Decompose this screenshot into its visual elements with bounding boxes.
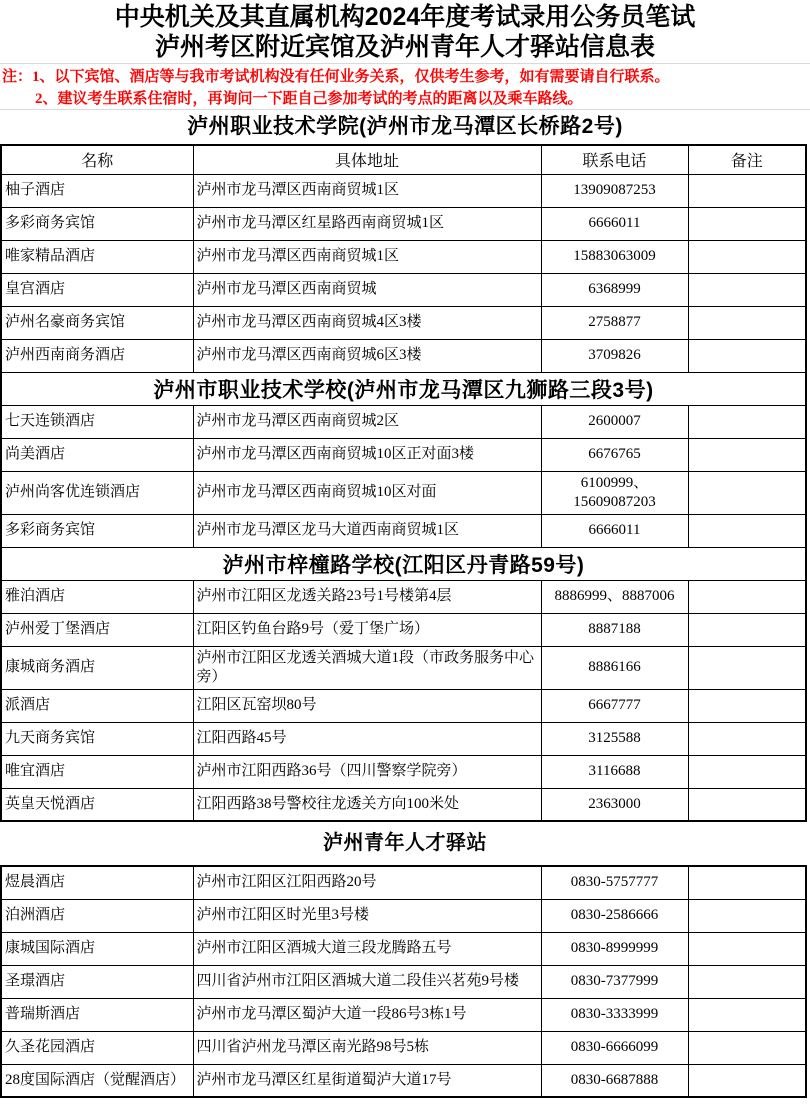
table-row: 七天连锁酒店泸州市龙马潭区西南商贸城2区2600007 [1, 405, 806, 438]
hotel-phone-cell: 13909087253 [541, 174, 688, 207]
section-heading-exam-site-2: 泸州市职业技术学校(泸州市龙马潭区九狮路三段3号) [1, 372, 806, 405]
hotel-note-cell [688, 722, 806, 755]
hotel-phone-cell: 0830-2586666 [541, 899, 688, 932]
hotel-address-cell: 泸州市龙马潭区西南商贸城 [193, 273, 541, 306]
hotel-phone-cell: 6676765 [541, 438, 688, 471]
section-heading-row: 泸州市梓橦路学校(江阳区丹青路59号) [1, 547, 806, 580]
col-header-phone: 联系电话 [541, 145, 688, 174]
section-heading-row: 泸州市职业技术学校(泸州市龙马潭区九狮路三段3号) [1, 372, 806, 405]
hotel-address-cell: 泸州市龙马潭区西南商贸城4区3楼 [193, 306, 541, 339]
hotel-address-cell: 泸州市龙马潭区西南商贸城1区 [193, 240, 541, 273]
hotel-phone-cell: 6100999、15609087203 [541, 471, 688, 514]
hotel-info-table-youth-station: 煜晨酒店泸州市江阳区江阳西路20号0830-5757777泊洲酒店泸州市江阳区时… [0, 865, 807, 1098]
hotel-name-cell: 多彩商务宾馆 [1, 514, 193, 547]
hotel-note-cell [688, 788, 806, 821]
page-title-line1: 中央机关及其直属机构2024年度考试录用公务员笔试 [0, 2, 810, 32]
note-line-2: 2、建议考生联系住宿时，再询问一下距自己参加考试的考点的距离以及乘车路线。 [2, 88, 810, 110]
hotel-address-cell: 四川省泸州市江阳区酒城大道二段佳兴茗苑9号楼 [193, 965, 541, 998]
hotel-address-cell: 泸州市江阳区酒城大道三段龙腾路五号 [193, 932, 541, 965]
hotel-phone-cell: 6667777 [541, 689, 688, 722]
hotel-note-cell [688, 240, 806, 273]
hotel-name-cell: 派酒店 [1, 689, 193, 722]
hotel-address-cell: 泸州市龙马潭区西南商贸城10区正对面3楼 [193, 438, 541, 471]
hotel-address-cell: 江阳区瓦窑坝80号 [193, 689, 541, 722]
notes-block: 注：1、以下宾馆、酒店等与我市考试机构没有任何业务关系，仅供考生参考，如有需要请… [0, 64, 810, 110]
hotel-name-cell: 九天商务宾馆 [1, 722, 193, 755]
table-row: 多彩商务宾馆泸州市龙马潭区红星路西南商贸城1区6666011 [1, 207, 806, 240]
hotel-phone-cell: 8886999、8887006 [541, 580, 688, 613]
hotel-note-cell [688, 174, 806, 207]
hotel-phone-cell: 6368999 [541, 273, 688, 306]
hotel-phone-cell: 2363000 [541, 788, 688, 821]
table-row: 柚子酒店泸州市龙马潭区西南商贸城1区13909087253 [1, 174, 806, 207]
hotel-name-cell: 雅泊酒店 [1, 580, 193, 613]
hotel-name-cell: 多彩商务宾馆 [1, 207, 193, 240]
hotel-phone-cell: 0830-6687888 [541, 1064, 688, 1097]
table-row: 康城国际酒店泸州市江阳区酒城大道三段龙腾路五号0830-8999999 [1, 932, 806, 965]
hotel-note-cell [688, 273, 806, 306]
col-header-note: 备注 [688, 145, 806, 174]
hotel-name-cell: 泸州爱丁堡酒店 [1, 613, 193, 646]
table-row: 皇宫酒店泸州市龙马潭区西南商贸城6368999 [1, 273, 806, 306]
table-row: 尚美酒店泸州市龙马潭区西南商贸城10区正对面3楼6676765 [1, 438, 806, 471]
section-heading-youth-station: 泸州青年人才驿站 [0, 822, 810, 865]
col-header-address: 具体地址 [193, 145, 541, 174]
hotel-note-cell [688, 471, 806, 514]
table-row: 泸州爱丁堡酒店江阳区钓鱼台路9号（爱丁堡广场）8887188 [1, 613, 806, 646]
hotel-address-cell: 泸州市龙马潭区西南商贸城2区 [193, 405, 541, 438]
hotel-phone-cell: 0830-7377999 [541, 965, 688, 998]
hotel-address-cell: 泸州市江阳西路36号（四川警察学院旁） [193, 755, 541, 788]
hotel-phone-cell: 0830-6666099 [541, 1031, 688, 1064]
table-row: 泸州尚客优连锁酒店泸州市龙马潭区西南商贸城10区对面6100999、156090… [1, 471, 806, 514]
hotel-note-cell [688, 514, 806, 547]
hotel-address-cell: 泸州市江阳区江阳西路20号 [193, 866, 541, 899]
hotel-phone-cell: 3709826 [541, 339, 688, 372]
hotel-note-cell [688, 689, 806, 722]
hotel-name-cell: 久圣花园酒店 [1, 1031, 193, 1064]
hotel-address-cell: 泸州市龙马潭区龙马大道西南商贸城1区 [193, 514, 541, 547]
hotel-phone-cell: 15883063009 [541, 240, 688, 273]
table-row: 派酒店江阳区瓦窑坝80号6667777 [1, 689, 806, 722]
hotel-phone-cell: 6666011 [541, 514, 688, 547]
hotel-note-cell [688, 405, 806, 438]
hotel-name-cell: 康城国际酒店 [1, 932, 193, 965]
hotel-note-cell [688, 438, 806, 471]
hotel-name-cell: 唯家精品酒店 [1, 240, 193, 273]
page-title-line2: 泸州考区附近宾馆及泸州青年人才驿站信息表 [0, 32, 810, 62]
hotel-address-cell: 泸州市江阳区龙透关酒城大道1段（市政务服务中心旁） [193, 646, 541, 689]
section-heading-exam-site-1: 泸州职业技术学院(泸州市龙马潭区长桥路2号) [0, 110, 810, 144]
hotel-note-cell [688, 932, 806, 965]
hotel-note-cell [688, 207, 806, 240]
hotel-note-cell [688, 306, 806, 339]
hotel-note-cell [688, 613, 806, 646]
hotel-name-cell: 普瑞斯酒店 [1, 998, 193, 1031]
table-row: 圣璟酒店四川省泸州市江阳区酒城大道二段佳兴茗苑9号楼0830-7377999 [1, 965, 806, 998]
section-heading-exam-site-3: 泸州市梓橦路学校(江阳区丹青路59号) [1, 547, 806, 580]
hotel-note-cell [688, 866, 806, 899]
hotel-note-cell [688, 998, 806, 1031]
table-row: 煜晨酒店泸州市江阳区江阳西路20号0830-5757777 [1, 866, 806, 899]
hotel-address-cell: 泸州市龙马潭区红星路西南商贸城1区 [193, 207, 541, 240]
hotel-phone-cell: 2600007 [541, 405, 688, 438]
hotel-name-cell: 泸州名豪商务宾馆 [1, 306, 193, 339]
hotel-address-cell: 泸州市龙马潭区蜀泸大道一段86号3栋1号 [193, 998, 541, 1031]
hotel-note-cell [688, 755, 806, 788]
hotel-name-cell: 柚子酒店 [1, 174, 193, 207]
hotel-name-cell: 唯宜酒店 [1, 755, 193, 788]
table-row: 唯家精品酒店泸州市龙马潭区西南商贸城1区15883063009 [1, 240, 806, 273]
hotel-note-cell [688, 646, 806, 689]
note-line-1: 注：1、以下宾馆、酒店等与我市考试机构没有任何业务关系，仅供考生参考，如有需要请… [2, 66, 810, 88]
hotel-address-cell: 四川省泸州龙马潭区南光路98号5栋 [193, 1031, 541, 1064]
hotel-address-cell: 泸州市龙马潭区西南商贸城10区对面 [193, 471, 541, 514]
hotel-address-cell: 江阳西路45号 [193, 722, 541, 755]
hotel-name-cell: 泸州西南商务酒店 [1, 339, 193, 372]
column-header-row: 名称 具体地址 联系电话 备注 [1, 145, 806, 174]
hotel-name-cell: 康城商务酒店 [1, 646, 193, 689]
hotel-name-cell: 圣璟酒店 [1, 965, 193, 998]
hotel-phone-cell: 8887188 [541, 613, 688, 646]
hotel-address-cell: 江阳区钓鱼台路9号（爱丁堡广场） [193, 613, 541, 646]
hotel-address-cell: 泸州市江阳区时光里3号楼 [193, 899, 541, 932]
hotel-name-cell: 泊洲酒店 [1, 899, 193, 932]
hotel-note-cell [688, 580, 806, 613]
hotel-phone-cell: 6666011 [541, 207, 688, 240]
hotel-note-cell [688, 1031, 806, 1064]
hotel-info-table-main: 名称 具体地址 联系电话 备注 柚子酒店泸州市龙马潭区西南商贸城1区139090… [0, 144, 807, 822]
table-row: 泸州名豪商务宾馆泸州市龙马潭区西南商贸城4区3楼2758877 [1, 306, 806, 339]
hotel-address-cell: 泸州市龙马潭区西南商贸城1区 [193, 174, 541, 207]
hotel-note-cell [688, 339, 806, 372]
table-row: 泸州西南商务酒店泸州市龙马潭区西南商贸城6区3楼3709826 [1, 339, 806, 372]
hotel-name-cell: 七天连锁酒店 [1, 405, 193, 438]
table-row: 雅泊酒店泸州市江阳区龙透关路23号1号楼第4层8886999、8887006 [1, 580, 806, 613]
hotel-phone-cell: 8886166 [541, 646, 688, 689]
table-row: 多彩商务宾馆泸州市龙马潭区龙马大道西南商贸城1区6666011 [1, 514, 806, 547]
hotel-phone-cell: 3116688 [541, 755, 688, 788]
hotel-phone-cell: 0830-5757777 [541, 866, 688, 899]
table-row: 康城商务酒店泸州市江阳区龙透关酒城大道1段（市政务服务中心旁）8886166 [1, 646, 806, 689]
hotel-phone-cell: 2758877 [541, 306, 688, 339]
hotel-phone-cell: 0830-8999999 [541, 932, 688, 965]
hotel-note-cell [688, 965, 806, 998]
hotel-address-cell: 泸州市龙马潭区红星街道蜀泸大道17号 [193, 1064, 541, 1097]
hotel-phone-cell: 0830-3333999 [541, 998, 688, 1031]
table-row: 九天商务宾馆江阳西路45号3125588 [1, 722, 806, 755]
table-row: 普瑞斯酒店泸州市龙马潭区蜀泸大道一段86号3栋1号0830-3333999 [1, 998, 806, 1031]
document-page: 中央机关及其直属机构2024年度考试录用公务员笔试 泸州考区附近宾馆及泸州青年人… [0, 0, 810, 1098]
table-row: 28度国际酒店（觉醒酒店）泸州市龙马潭区红星街道蜀泸大道17号0830-6687… [1, 1064, 806, 1097]
hotel-name-cell: 尚美酒店 [1, 438, 193, 471]
hotel-note-cell [688, 899, 806, 932]
table-row: 泊洲酒店泸州市江阳区时光里3号楼0830-2586666 [1, 899, 806, 932]
hotel-name-cell: 煜晨酒店 [1, 866, 193, 899]
title-block: 中央机关及其直属机构2024年度考试录用公务员笔试 泸州考区附近宾馆及泸州青年人… [0, 0, 810, 64]
hotel-name-cell: 英皇天悦酒店 [1, 788, 193, 821]
table-row: 久圣花园酒店四川省泸州龙马潭区南光路98号5栋0830-6666099 [1, 1031, 806, 1064]
hotel-name-cell: 皇宫酒店 [1, 273, 193, 306]
hotel-phone-cell: 3125588 [541, 722, 688, 755]
table-row: 英皇天悦酒店江阳西路38号警校往龙透关方向100米处2363000 [1, 788, 806, 821]
hotel-address-cell: 泸州市江阳区龙透关路23号1号楼第4层 [193, 580, 541, 613]
hotel-note-cell [688, 1064, 806, 1097]
hotel-address-cell: 泸州市龙马潭区西南商贸城6区3楼 [193, 339, 541, 372]
hotel-name-cell: 28度国际酒店（觉醒酒店） [1, 1064, 193, 1097]
table-row: 唯宜酒店泸州市江阳西路36号（四川警察学院旁）3116688 [1, 755, 806, 788]
col-header-name: 名称 [1, 145, 193, 174]
hotel-address-cell: 江阳西路38号警校往龙透关方向100米处 [193, 788, 541, 821]
hotel-name-cell: 泸州尚客优连锁酒店 [1, 471, 193, 514]
